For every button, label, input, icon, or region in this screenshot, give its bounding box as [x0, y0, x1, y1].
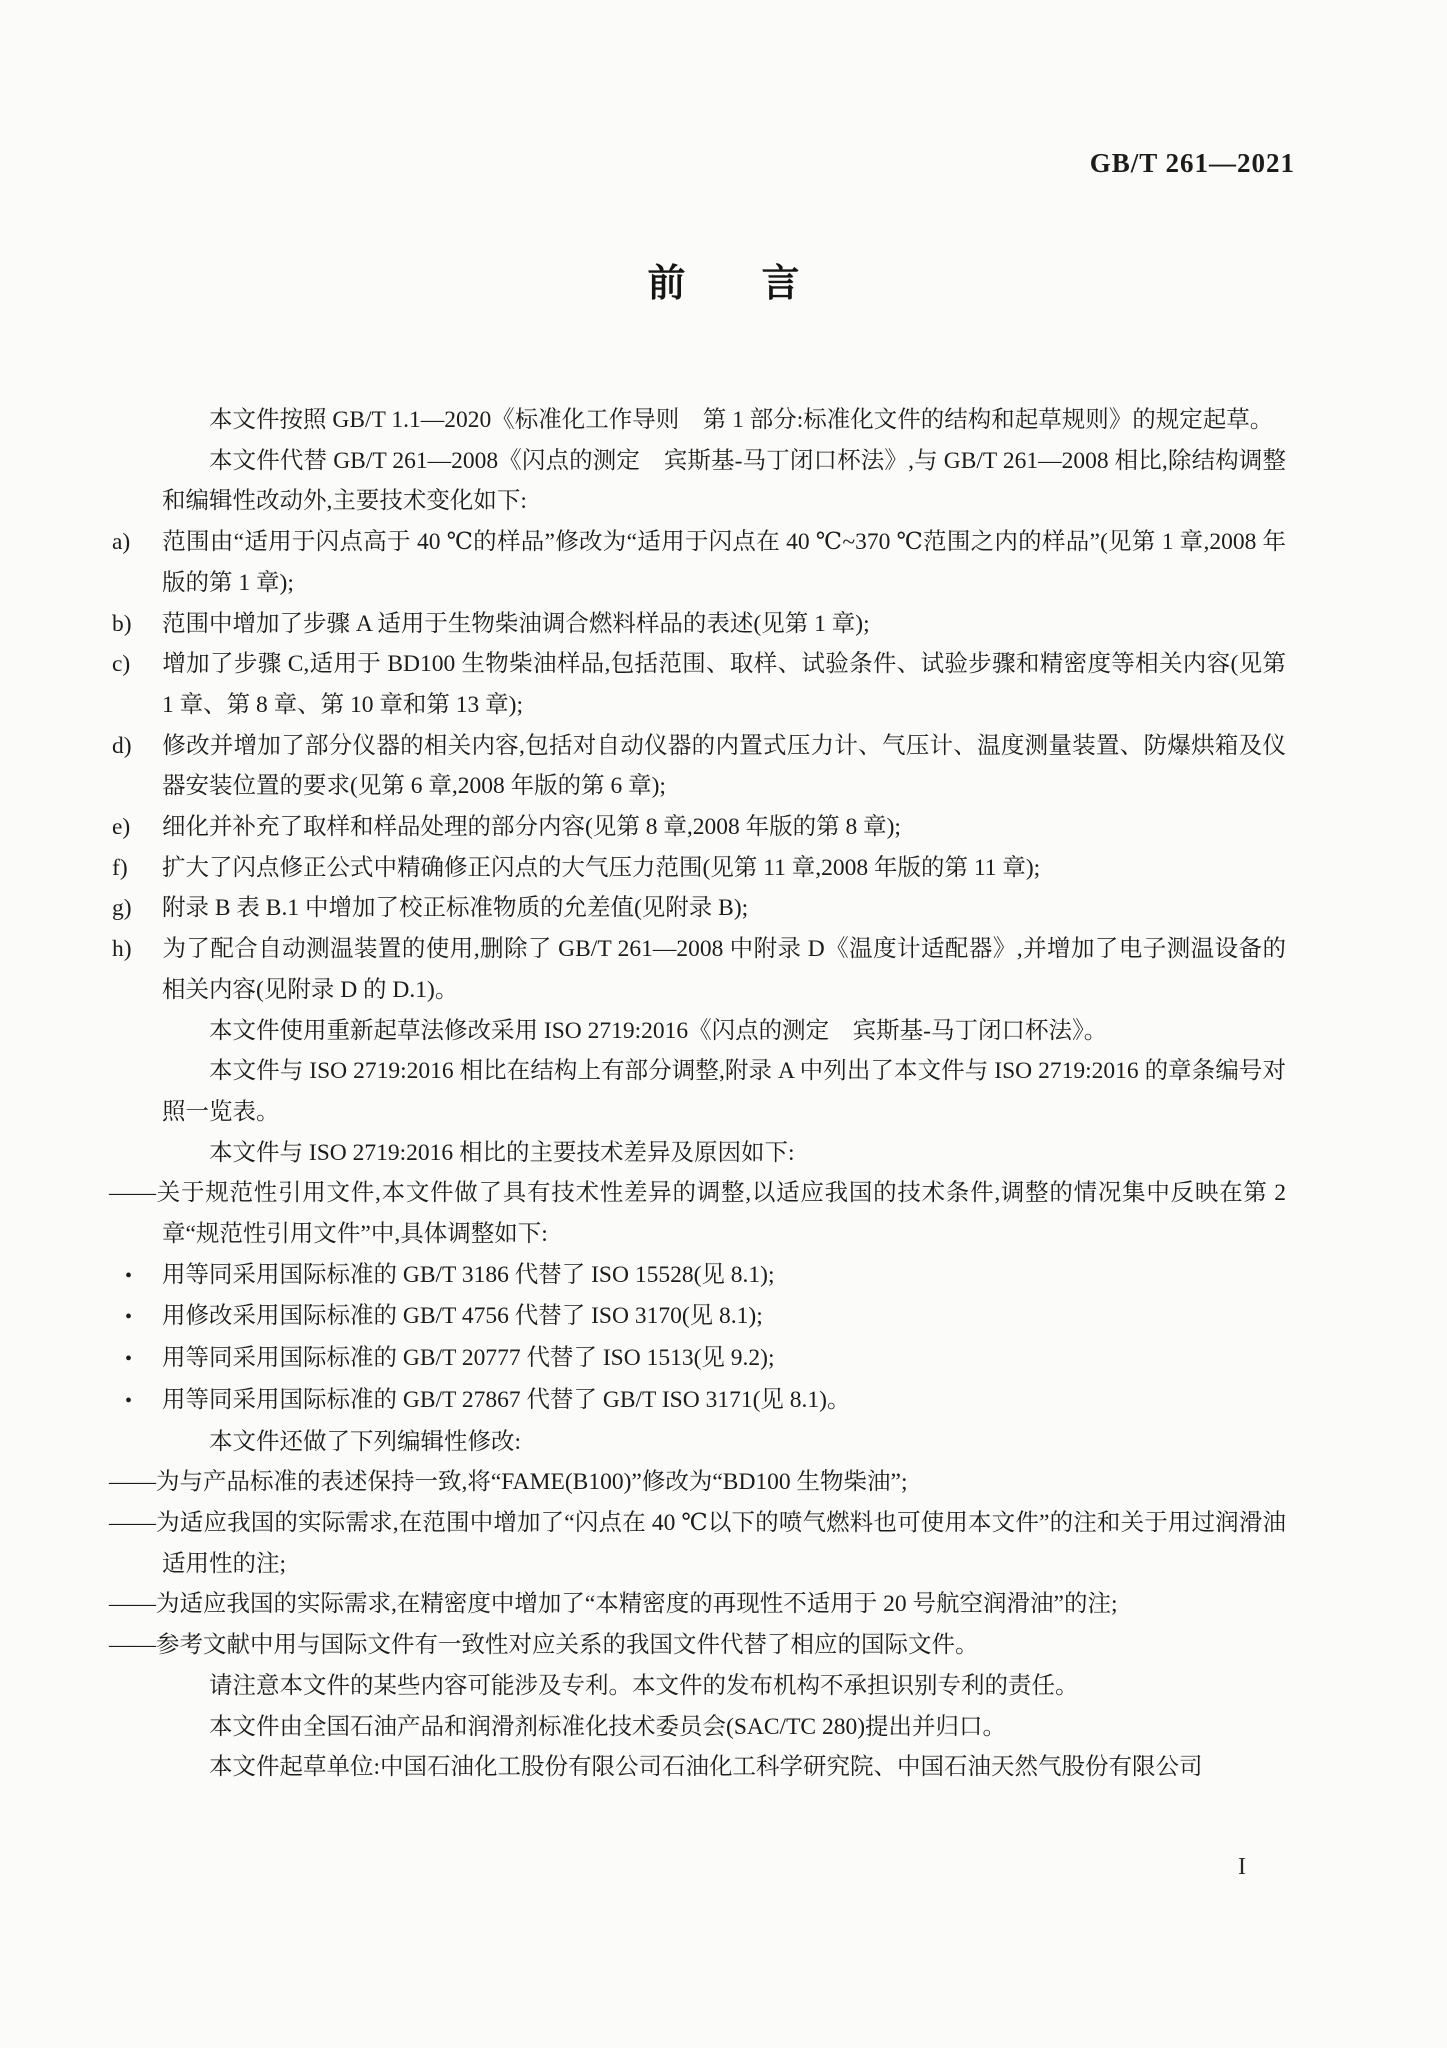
reference-substitution-2: •用修改采用国际标准的 GB/T 4756 代替了 ISO 3170(见 8.1… [162, 1296, 1286, 1338]
list-item-text: 范围中增加了步骤 A 适用于生物柴油调合燃料样品的表述(见第 1 章); [162, 611, 870, 637]
bullet-item-text: 用修改采用国际标准的 GB/T 4756 代替了 ISO 3170(见 8.1)… [162, 1303, 763, 1329]
editorial-item-4: ——参考文献中用与国际文件有一致性对应关系的我国文件代替了相应的国际文件。 [162, 1625, 1286, 1666]
change-item-h: h)为了配合自动测温装置的使用,删除了 GB/T 261—2008 中附录 D《… [162, 929, 1286, 1010]
change-item-a: a)范围由“适用于闪点高于 40 ℃的样品”修改为“适用于闪点在 40 ℃~37… [162, 522, 1286, 603]
reference-substitution-3: •用等同采用国际标准的 GB/T 20777 代替了 ISO 1513(见 9.… [162, 1338, 1286, 1380]
paragraph-iso-adoption: 本文件使用重新起草法修改采用 ISO 2719:2016《闪点的测定 宾斯基-马… [162, 1011, 1286, 1052]
list-item-text: 扩大了闪点修正公式中精确修正闪点的大气压力范围(见第 11 章,2008 年版的… [162, 855, 1040, 881]
change-item-d: d)修改并增加了部分仪器的相关内容,包括对自动仪器的内置式压力计、气压计、温度测… [162, 726, 1286, 807]
list-item-text: 为了配合自动测温装置的使用,删除了 GB/T 261—2008 中附录 D《温度… [162, 936, 1286, 1003]
editorial-item-3: ——为适应我国的实际需求,在精密度中增加了“本精密度的再现性不适用于 20 号航… [162, 1584, 1286, 1625]
dash-marker: —— [109, 1469, 156, 1495]
dash-marker: —— [109, 1632, 156, 1658]
paragraph-drafting-organizations: 本文件起草单位:中国石油化工股份有限公司石油化工科学研究院、中国石油天然气股份有… [162, 1747, 1286, 1788]
difference-item-references: ——关于规范性引用文件,本文件做了具有技术性差异的调整,以适应我国的技术条件,调… [162, 1173, 1286, 1254]
change-item-g: g)附录 B 表 B.1 中增加了校正标准物质的允差值(见附录 B); [162, 888, 1286, 929]
list-marker: e) [112, 807, 162, 848]
change-item-c: c)增加了步骤 C,适用于 BD100 生物柴油样品,包括范围、取样、试验条件、… [162, 644, 1286, 725]
paragraph-replaces: 本文件代替 GB/T 261—2008《闪点的测定 宾斯基-马丁闭口杯法》,与 … [162, 441, 1286, 522]
paragraph-iso-differences-lead: 本文件与 ISO 2719:2016 相比的主要技术差异及原因如下: [162, 1133, 1286, 1174]
list-item-text: 增加了步骤 C,适用于 BD100 生物柴油样品,包括范围、取样、试验条件、试验… [162, 651, 1286, 718]
dash-marker: —— [109, 1591, 156, 1617]
bullet-icon: • [125, 1297, 162, 1338]
list-item-text: 附录 B 表 B.1 中增加了校正标准物质的允差值(见附录 B); [162, 895, 748, 921]
list-marker: g) [112, 888, 162, 929]
change-item-f: f)扩大了闪点修正公式中精确修正闪点的大气压力范围(见第 11 章,2008 年… [162, 848, 1286, 889]
list-marker: c) [112, 644, 162, 685]
dash-marker: —— [109, 1180, 156, 1206]
page-number: I [1238, 1854, 1246, 1881]
paragraph-basis: 本文件按照 GB/T 1.1—2020《标准化工作导则 第 1 部分:标准化文件… [162, 400, 1286, 441]
dash-item-text: 关于规范性引用文件,本文件做了具有技术性差异的调整,以适应我国的技术条件,调整的… [156, 1180, 1286, 1247]
bullet-icon: • [125, 1339, 162, 1380]
reference-substitution-4: •用等同采用国际标准的 GB/T 27867 代替了 GB/T ISO 3171… [162, 1380, 1286, 1422]
editorial-item-1: ——为与产品标准的表述保持一致,将“FAME(B100)”修改为“BD100 生… [162, 1462, 1286, 1503]
dash-item-text: 参考文献中用与国际文件有一致性对应关系的我国文件代替了相应的国际文件。 [156, 1632, 979, 1658]
foreword-body: 本文件按照 GB/T 1.1—2020《标准化工作导则 第 1 部分:标准化文件… [162, 400, 1286, 1788]
list-marker: a) [112, 522, 162, 563]
bullet-item-text: 用等同采用国际标准的 GB/T 20777 代替了 ISO 1513(见 9.2… [162, 1345, 775, 1371]
bullet-icon: • [125, 1381, 162, 1422]
reference-substitution-1: •用等同采用国际标准的 GB/T 3186 代替了 ISO 15528(见 8.… [162, 1255, 1286, 1297]
bullet-item-text: 用等同采用国际标准的 GB/T 3186 代替了 ISO 15528(见 8.1… [162, 1262, 775, 1288]
change-item-b: b)范围中增加了步骤 A 适用于生物柴油调合燃料样品的表述(见第 1 章); [162, 604, 1286, 645]
dash-marker: —— [109, 1510, 156, 1536]
list-marker: f) [112, 848, 162, 889]
dash-item-text: 为适应我国的实际需求,在精密度中增加了“本精密度的再现性不适用于 20 号航空润… [156, 1591, 1118, 1617]
list-marker: b) [112, 604, 162, 645]
bullet-icon: • [125, 1256, 162, 1297]
dash-item-text: 为与产品标准的表述保持一致,将“FAME(B100)”修改为“BD100 生物柴… [156, 1469, 908, 1495]
paragraph-patent-notice: 请注意本文件的某些内容可能涉及专利。本文件的发布机构不承担识别专利的责任。 [162, 1666, 1286, 1707]
document-page: GB/T 261—2021 前 言 本文件按照 GB/T 1.1—2020《标准… [0, 0, 1447, 2048]
change-item-e: e)细化并补充了取样和样品处理的部分内容(见第 8 章,2008 年版的第 8 … [162, 807, 1286, 848]
editorial-item-2: ——为适应我国的实际需求,在范围中增加了“闪点在 40 ℃以下的喷气燃料也可使用… [162, 1503, 1286, 1584]
bullet-item-text: 用等同采用国际标准的 GB/T 27867 代替了 GB/T ISO 3171(… [162, 1387, 850, 1413]
standard-number: GB/T 261—2021 [1090, 148, 1295, 179]
list-marker: d) [112, 726, 162, 767]
paragraph-committee: 本文件由全国石油产品和润滑剂标准化技术委员会(SAC/TC 280)提出并归口。 [162, 1707, 1286, 1748]
paragraph-iso-structure: 本文件与 ISO 2719:2016 相比在结构上有部分调整,附录 A 中列出了… [162, 1051, 1286, 1132]
list-item-text: 细化并补充了取样和样品处理的部分内容(见第 8 章,2008 年版的第 8 章)… [162, 814, 901, 840]
list-marker: h) [112, 929, 162, 970]
paragraph-editorial-lead: 本文件还做了下列编辑性修改: [162, 1422, 1286, 1463]
page-title: 前 言 [0, 252, 1447, 307]
dash-item-text: 为适应我国的实际需求,在范围中增加了“闪点在 40 ℃以下的喷气燃料也可使用本文… [156, 1510, 1286, 1577]
list-item-text: 范围由“适用于闪点高于 40 ℃的样品”修改为“适用于闪点在 40 ℃~370 … [162, 529, 1286, 596]
list-item-text: 修改并增加了部分仪器的相关内容,包括对自动仪器的内置式压力计、气压计、温度测量装… [162, 733, 1286, 800]
